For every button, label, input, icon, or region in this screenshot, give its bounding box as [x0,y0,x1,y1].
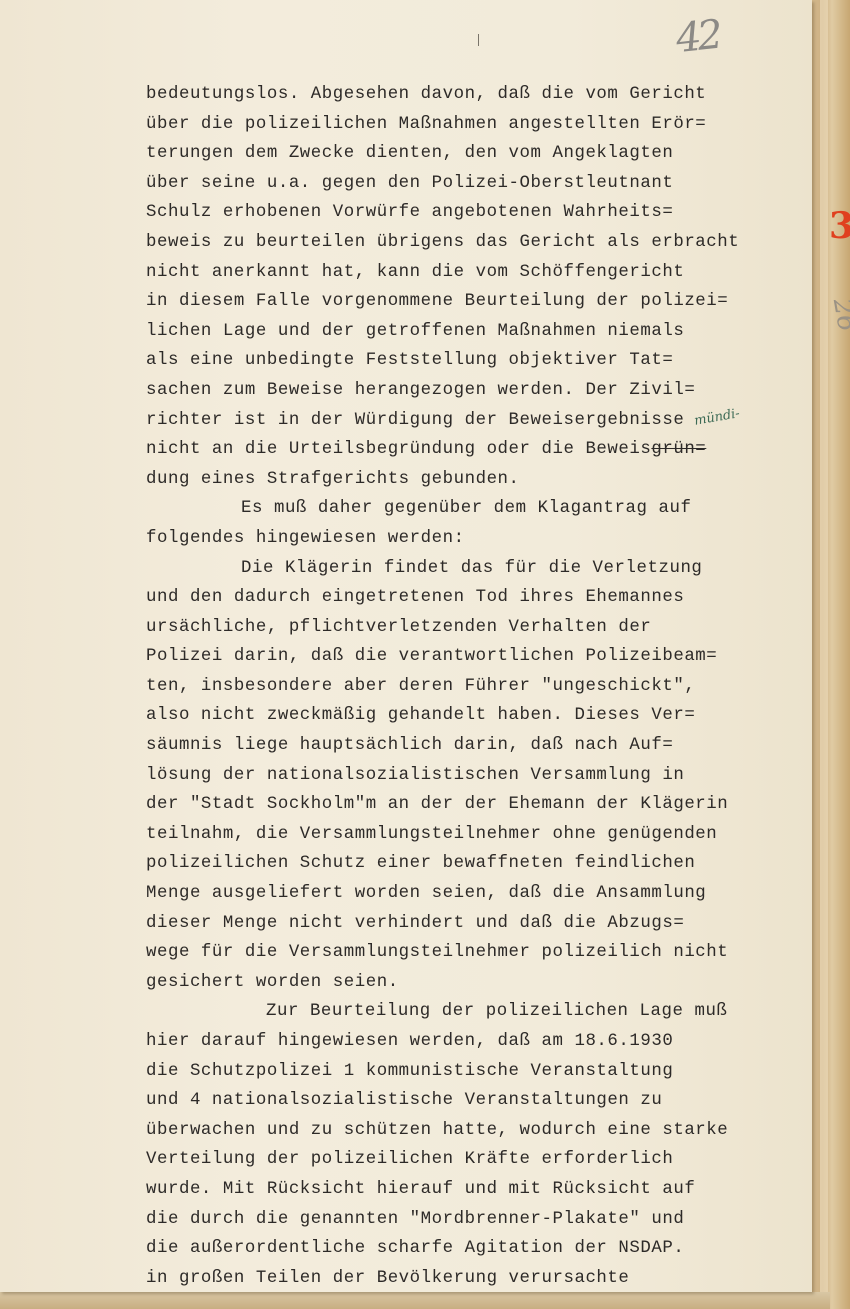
text-line: beweis zu beurteilen übrigens das Gerich… [146,228,806,258]
paragraph-start: Die Klägerin findet das für die Verletzu… [146,554,806,584]
text-line: in diesem Falle vorgenommene Beurteilung… [146,287,806,317]
text-line: die durch die genannten "Mordbrenner-Pla… [146,1205,806,1235]
text-line: lösung der nationalsozialistischen Versa… [146,761,806,791]
text-line: und den dadurch eingetretenen Tod ihres … [146,583,806,613]
text-line: Verteilung der polizeilichen Kräfte erfo… [146,1145,806,1175]
folder-edge [820,0,828,1309]
text-line: Schulz erhobenen Vorwürfe angebotenen Wa… [146,198,806,228]
center-tick-mark [478,34,479,46]
text-line: bedeutungslos. Abgesehen davon, daß die … [146,80,806,110]
text-line-with-correction: nicht an die Urteilsbegründung oder die … [146,435,806,465]
text-line: über die polizeilichen Maßnahmen angeste… [146,110,806,140]
text-line: wurde. Mit Rücksicht hierauf und mit Rüc… [146,1175,806,1205]
text-line: überwachen und zu schützen hatte, wodurc… [146,1116,806,1146]
text-line: gesichert worden seien. [146,968,806,998]
red-margin-mark: 3 [829,205,850,247]
text-line: Menge ausgeliefert worden seien, daß die… [146,879,806,909]
text-line: die Schutzpolizei 1 kommunistische Veran… [146,1057,806,1087]
text-line: hier darauf hingewiesen werden, daß am 1… [146,1027,806,1057]
document-body: bedeutungslos. Abgesehen davon, daß die … [146,80,806,1293]
text-line: die außerordentliche scharfe Agitation d… [146,1234,806,1264]
paragraph-start: Zur Beurteilung der polizeilichen Lage m… [146,997,806,1027]
text-line: und 4 nationalsozialistische Veranstaltu… [146,1086,806,1116]
text-line: polizeilichen Schutz einer bewaffneten f… [146,849,806,879]
typewritten-page: 42 mündi- bedeutungslos. Abgesehen davon… [0,0,812,1292]
text-line: lichen Lage und der getroffenen Maßnahme… [146,317,806,347]
text-line: als eine unbedingte Feststellung objekti… [146,346,806,376]
text-line: also nicht zweckmäßig gehandelt haben. D… [146,701,806,731]
text-line: teilnahm, die Versammlungsteilnehmer ohn… [146,820,806,850]
paragraph-start: Es muß daher gegenüber dem Klagantrag au… [146,494,806,524]
text-line: säumnis liege hauptsächlich darin, daß n… [146,731,806,761]
text-line: Polizei darin, daß die verantwortlichen … [146,642,806,672]
text-line: in großen Teilen der Bevölkerung verursa… [146,1264,806,1294]
text-line: dung eines Strafgerichts gebunden. [146,465,806,495]
text-line: sachen zum Beweise herangezogen werden. … [146,376,806,406]
text-line: dieser Menge nicht verhindert und daß di… [146,909,806,939]
text-line: wege für die Versammlungsteilnehmer poli… [146,938,806,968]
text-line: richter ist in der Würdigung der Beweise… [146,406,806,436]
page-number: 42 [674,12,721,62]
text-line: über seine u.a. gegen den Polizei-Oberst… [146,169,806,199]
text-line: der "Stadt Sockholm"m an der der Ehemann… [146,790,806,820]
underlying-pages [0,1292,830,1309]
text-line: terungen dem Zwecke dienten, den vom Ang… [146,139,806,169]
text-line: folgendes hingewiesen werden: [146,524,806,554]
text-line: nicht anerkannt hat, kann die vom Schöff… [146,258,806,288]
text-line: nicht an die Urteilsbegründung oder die … [146,440,651,459]
text-line: ten, insbesondere aber deren Führer "ung… [146,672,806,702]
text-line: ursächliche, pflichtverletzenden Verhalt… [146,613,806,643]
struck-text: grün= [651,440,706,459]
